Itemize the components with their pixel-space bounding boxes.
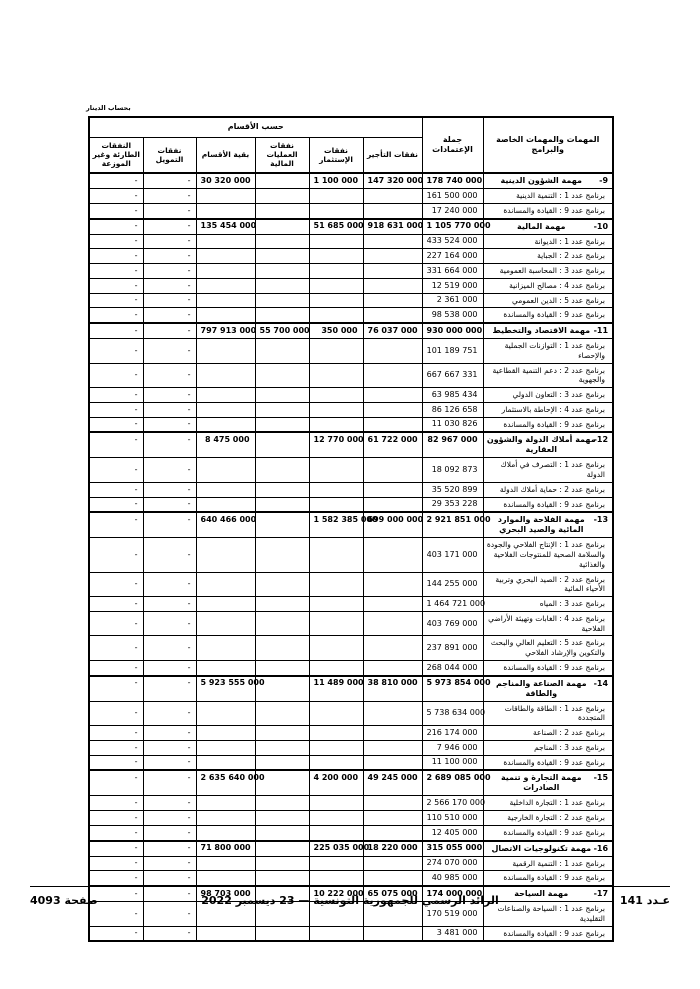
financing-cell: - <box>143 871 196 886</box>
empty-other-sections-cell <box>196 660 255 675</box>
contingency-cell: - <box>89 417 143 432</box>
empty-financial-operations-cell <box>255 755 309 770</box>
mission-block: -14مهمة الصناعة والمناجم والطاقة5 973 85… <box>89 676 613 771</box>
program-label: برنامج عدد 2 : الصناعة <box>483 726 613 741</box>
total-credits-cell: 1 105 770 000 <box>422 219 483 235</box>
empty-investment-cell <box>309 660 363 675</box>
contingency-cell: - <box>89 660 143 675</box>
sections-group-header: حسب الأقسام <box>89 117 422 137</box>
empty-investment-cell <box>309 796 363 811</box>
contingency-cell: - <box>89 926 143 941</box>
program-total-cell: 18 092 873 <box>422 458 483 483</box>
investment-cell: 51 685 000 <box>309 219 363 235</box>
mission-number: -15 <box>594 773 608 783</box>
program-row: برنامج عدد 3 : المياه1 464 721 000-- <box>89 597 613 612</box>
program-total-cell: 144 255 000 <box>422 572 483 597</box>
empty-investment-cell <box>309 597 363 612</box>
contingency-cell: - <box>89 432 143 458</box>
program-total-cell: 227 164 000 <box>422 249 483 264</box>
empty-financial-operations-cell <box>255 811 309 826</box>
investment-cell: 225 035 000 <box>309 841 363 857</box>
program-label: برنامج عدد 2 : التجارة الخارجية <box>483 811 613 826</box>
program-row: برنامج عدد 4 : الغابات وتهيئة الأراضي ال… <box>89 611 613 636</box>
financial-operations-cell <box>255 432 309 458</box>
empty-financial-operations-cell <box>255 796 309 811</box>
investment-column-header: نفقات الإستثمار <box>309 137 363 173</box>
contingency-cell: - <box>89 825 143 840</box>
program-row: برنامج عدد 4 : مصالح الميزانية12 519 000… <box>89 278 613 293</box>
empty-financial-operations-cell <box>255 417 309 432</box>
program-label: برنامج عدد 2 : حماية أملاك الدولة <box>483 482 613 497</box>
mission-name-cell: -13مهمة الفلاحة والموارد المائية والصيد … <box>483 512 613 538</box>
financing-cell: - <box>143 597 196 612</box>
page-number: صفحة 4093 <box>30 894 160 907</box>
program-total-cell: 17 240 000 <box>422 203 483 218</box>
empty-wages-cell <box>363 611 422 636</box>
other-sections-cell: 2 635 640 000 <box>196 770 255 796</box>
empty-wages-cell <box>363 497 422 512</box>
empty-investment-cell <box>309 293 363 308</box>
investment-cell: 4 200 000 <box>309 770 363 796</box>
empty-other-sections-cell <box>196 203 255 218</box>
empty-financial-operations-cell <box>255 538 309 572</box>
financing-cell: - <box>143 572 196 597</box>
financing-cell: - <box>143 323 196 339</box>
financing-cell: - <box>143 512 196 538</box>
financing-cell: - <box>143 173 196 189</box>
program-row: برنامج عدد 9 : القيادة والمساندة268 044 … <box>89 660 613 675</box>
contingency-cell: - <box>89 363 143 388</box>
financing-cell: - <box>143 458 196 483</box>
empty-other-sections-cell <box>196 926 255 941</box>
empty-wages-cell <box>363 811 422 826</box>
other-sections-cell: 71 800 000 <box>196 841 255 857</box>
program-label: برنامج عدد 9 : القيادة والمساندة <box>483 825 613 840</box>
program-row: برنامج عدد 3 : المحاسبة العمومية331 664 … <box>89 264 613 279</box>
empty-investment-cell <box>309 811 363 826</box>
program-row: برنامج عدد 2 : التجارة الخارجية110 510 0… <box>89 811 613 826</box>
program-total-cell: 11 030 826 <box>422 417 483 432</box>
empty-other-sections-cell <box>196 234 255 249</box>
financing-cell: - <box>143 811 196 826</box>
program-row: برنامج عدد 9 : القيادة والمساندة11 030 8… <box>89 417 613 432</box>
empty-investment-cell <box>309 572 363 597</box>
program-total-cell: 29 353 228 <box>422 497 483 512</box>
contingency-cell: - <box>89 636 143 661</box>
page-footer: عـدد 141 الرائد الرسمي للجمهورية التونسي… <box>30 886 670 907</box>
contingency-cell: - <box>89 249 143 264</box>
mission-name: مهمة أملاك الدولة والشؤون العقارية <box>487 435 597 455</box>
mission-block: -10مهمة المالية1 105 770 000918 631 0005… <box>89 219 613 324</box>
empty-other-sections-cell <box>196 538 255 572</box>
mission-number: -9 <box>599 176 608 186</box>
program-row: برنامج عدد 2 : الصيد البحري وتربية الأحي… <box>89 572 613 597</box>
financing-cell: - <box>143 497 196 512</box>
financing-cell: - <box>143 538 196 572</box>
program-row: برنامج عدد 2 : دعم التنمية القطاعية والج… <box>89 363 613 388</box>
program-label: برنامج عدد 2 : الصيد البحري وتربية الأحي… <box>483 572 613 597</box>
empty-investment-cell <box>309 538 363 572</box>
financing-cell: - <box>143 203 196 218</box>
program-label: برنامج عدد 4 : الغابات وتهيئة الأراضي ال… <box>483 611 613 636</box>
contingency-cell: - <box>89 323 143 339</box>
empty-wages-cell <box>363 597 422 612</box>
program-total-cell: 667 667 331 <box>422 363 483 388</box>
program-label: برنامج عدد 5 : الدين العمومي <box>483 293 613 308</box>
contingency-cell: - <box>89 538 143 572</box>
empty-investment-cell <box>309 388 363 403</box>
empty-financial-operations-cell <box>255 871 309 886</box>
empty-investment-cell <box>309 234 363 249</box>
empty-other-sections-cell <box>196 264 255 279</box>
mission-block: -11مهمة الاقتصاد والتخطيط930 000 00076 0… <box>89 323 613 432</box>
mission-number: -11 <box>594 326 608 336</box>
financial-operations-cell <box>255 512 309 538</box>
program-row: برنامج عدد 1 : الإنتاج الفلاحي والجودة و… <box>89 538 613 572</box>
program-row: برنامج عدد 9 : القيادة والمساندة98 538 0… <box>89 308 613 323</box>
empty-other-sections-cell <box>196 740 255 755</box>
program-row: برنامج عدد 3 : التعاون الدولي63 985 434-… <box>89 388 613 403</box>
empty-wages-cell <box>363 189 422 204</box>
contingency-cell: - <box>89 770 143 796</box>
financing-cell: - <box>143 726 196 741</box>
wages-cell: 18 220 000 <box>363 841 422 857</box>
contingency-cell: - <box>89 740 143 755</box>
investment-cell: 1 582 385 000 <box>309 512 363 538</box>
empty-wages-cell <box>363 402 422 417</box>
journal-title: الرائد الرسمي للجمهورية التونسية — 23 دي… <box>160 894 540 907</box>
empty-financial-operations-cell <box>255 926 309 941</box>
program-total-cell: 3 481 000 <box>422 926 483 941</box>
empty-investment-cell <box>309 417 363 432</box>
empty-other-sections-cell <box>196 755 255 770</box>
financing-cell: - <box>143 219 196 235</box>
empty-investment-cell <box>309 249 363 264</box>
empty-other-sections-cell <box>196 308 255 323</box>
mission-row: -16مهمة تكنولوجيات الاتصال315 055 00018 … <box>89 841 613 857</box>
financing-cell: - <box>143 339 196 364</box>
program-row: برنامج عدد 2 : الجباية227 164 000-- <box>89 249 613 264</box>
mission-row: -9مهمة الشؤون الدينية178 740 000147 320 … <box>89 173 613 189</box>
empty-financial-operations-cell <box>255 701 309 726</box>
total-credits-cell: 82 967 000 <box>422 432 483 458</box>
empty-financial-operations-cell <box>255 726 309 741</box>
financing-cell: - <box>143 432 196 458</box>
program-label: برنامج عدد 9 : القيادة والمساندة <box>483 755 613 770</box>
mission-name: مهمة الشؤون الدينية <box>487 176 597 186</box>
program-row: برنامج عدد 9 : القيادة والمساندة17 240 0… <box>89 203 613 218</box>
program-total-cell: 2 566 170 000 <box>422 796 483 811</box>
program-row: برنامج عدد 5 : التعليم العالي والبحث وال… <box>89 636 613 661</box>
investment-cell: 350 000 <box>309 323 363 339</box>
contingency-cell: - <box>89 339 143 364</box>
empty-other-sections-cell <box>196 597 255 612</box>
empty-investment-cell <box>309 482 363 497</box>
empty-wages-cell <box>363 701 422 726</box>
financing-cell: - <box>143 249 196 264</box>
table-header: المهمات والمهمات الخاصة والبرامج جملة ال… <box>89 117 613 173</box>
investment-cell: 1 100 000 <box>309 173 363 189</box>
financing-cell: - <box>143 417 196 432</box>
contingency-cell: - <box>89 402 143 417</box>
empty-financial-operations-cell <box>255 740 309 755</box>
financing-cell: - <box>143 755 196 770</box>
mission-row: -15مهمة التجارة و تنمية الصادرات2 689 08… <box>89 770 613 796</box>
mission-name-cell: -15مهمة التجارة و تنمية الصادرات <box>483 770 613 796</box>
empty-other-sections-cell <box>196 497 255 512</box>
empty-other-sections-cell <box>196 482 255 497</box>
program-row: برنامج عدد 4 : الإحاطة بالاستثمار86 126 … <box>89 402 613 417</box>
other-sections-cell: 8 475 000 <box>196 432 255 458</box>
program-total-cell: 11 100 000 <box>422 755 483 770</box>
mission-name: مهمة الصناعة والمناجم والطاقة <box>487 679 597 699</box>
contingency-cell: - <box>89 512 143 538</box>
empty-wages-cell <box>363 856 422 871</box>
empty-investment-cell <box>309 402 363 417</box>
contingency-cell: - <box>89 293 143 308</box>
empty-other-sections-cell <box>196 701 255 726</box>
empty-financial-operations-cell <box>255 482 309 497</box>
program-label: برنامج عدد 1 : التنمية الدينية <box>483 189 613 204</box>
financing-cell: - <box>143 796 196 811</box>
contingency-cell: - <box>89 173 143 189</box>
empty-wages-cell <box>363 926 422 941</box>
program-total-cell: 1 464 721 000 <box>422 597 483 612</box>
financial-operations-cell: 55 700 000 <box>255 323 309 339</box>
empty-wages-cell <box>363 740 422 755</box>
empty-financial-operations-cell <box>255 203 309 218</box>
empty-investment-cell <box>309 926 363 941</box>
contingency-cell: - <box>89 611 143 636</box>
financing-cell: - <box>143 363 196 388</box>
other-sections-cell: 5 923 555 000 <box>196 676 255 702</box>
empty-investment-cell <box>309 264 363 279</box>
empty-wages-cell <box>363 572 422 597</box>
empty-wages-cell <box>363 796 422 811</box>
empty-investment-cell <box>309 740 363 755</box>
empty-wages-cell <box>363 278 422 293</box>
program-total-cell: 331 664 000 <box>422 264 483 279</box>
program-label: برنامج عدد 9 : القيادة والمساندة <box>483 871 613 886</box>
program-label: برنامج عدد 9 : القيادة والمساندة <box>483 926 613 941</box>
contingency-cell: - <box>89 189 143 204</box>
contingency-cell: - <box>89 755 143 770</box>
empty-financial-operations-cell <box>255 611 309 636</box>
contingency-cell: - <box>89 572 143 597</box>
empty-financial-operations-cell <box>255 308 309 323</box>
program-label: برنامج عدد 1 : التوازنات الجملية والإحصا… <box>483 339 613 364</box>
contingency-cell: - <box>89 458 143 483</box>
program-row: برنامج عدد 9 : القيادة والمساندة29 353 2… <box>89 497 613 512</box>
contingency-column-header: النفقات الطارئة وغير الموزعة <box>89 137 143 173</box>
contingency-cell: - <box>89 482 143 497</box>
empty-investment-cell <box>309 825 363 840</box>
financial-operations-cell <box>255 173 309 189</box>
program-label: برنامج عدد 9 : القيادة والمساندة <box>483 203 613 218</box>
contingency-cell: - <box>89 308 143 323</box>
program-total-cell: 12 405 000 <box>422 825 483 840</box>
wages-column-header: نفقات التأجير <box>363 137 422 173</box>
mission-block: -13مهمة الفلاحة والموارد المائية والصيد … <box>89 512 613 675</box>
financing-cell: - <box>143 308 196 323</box>
empty-wages-cell <box>363 458 422 483</box>
empty-other-sections-cell <box>196 636 255 661</box>
investment-cell: 11 489 000 <box>309 676 363 702</box>
empty-investment-cell <box>309 203 363 218</box>
financing-cell: - <box>143 482 196 497</box>
financing-cell: - <box>143 856 196 871</box>
empty-investment-cell <box>309 278 363 293</box>
empty-investment-cell <box>309 458 363 483</box>
financing-cell: - <box>143 660 196 675</box>
empty-other-sections-cell <box>196 856 255 871</box>
program-label: برنامج عدد 3 : المحاسبة العمومية <box>483 264 613 279</box>
empty-investment-cell <box>309 497 363 512</box>
program-label: برنامج عدد 1 : الطاقة والطاقات المتجددة <box>483 701 613 726</box>
empty-financial-operations-cell <box>255 264 309 279</box>
wages-cell: 147 320 000 <box>363 173 422 189</box>
financing-cell: - <box>143 770 196 796</box>
financing-cell: - <box>143 636 196 661</box>
empty-investment-cell <box>309 856 363 871</box>
program-total-cell: 12 519 000 <box>422 278 483 293</box>
empty-financial-operations-cell <box>255 597 309 612</box>
mission-number: -14 <box>594 679 608 689</box>
contingency-cell: - <box>89 497 143 512</box>
financing-cell: - <box>143 388 196 403</box>
empty-wages-cell <box>363 308 422 323</box>
program-label: برنامج عدد 1 : التصرف في أملاك الدولة <box>483 458 613 483</box>
empty-other-sections-cell <box>196 871 255 886</box>
empty-other-sections-cell <box>196 339 255 364</box>
empty-financial-operations-cell <box>255 402 309 417</box>
program-label: برنامج عدد 9 : القيادة والمساندة <box>483 497 613 512</box>
financing-column-header: نفقات التمويل <box>143 137 196 173</box>
program-total-cell: 2 361 000 <box>422 293 483 308</box>
mission-name-cell: -14مهمة الصناعة والمناجم والطاقة <box>483 676 613 702</box>
program-total-cell: 403 171 000 <box>422 538 483 572</box>
program-row: برنامج عدد 1 : الطاقة والطاقات المتجددة5… <box>89 701 613 726</box>
program-label: برنامج عدد 1 : التجارة الداخلية <box>483 796 613 811</box>
program-label: برنامج عدد 4 : الإحاطة بالاستثمار <box>483 402 613 417</box>
program-label: برنامج عدد 5 : التعليم العالي والبحث وال… <box>483 636 613 661</box>
mission-name: مهمة الفلاحة والموارد المائية والصيد الب… <box>487 515 597 535</box>
financial-operations-column-header: نفقات العمليات المالية <box>255 137 309 173</box>
empty-wages-cell <box>363 363 422 388</box>
empty-other-sections-cell <box>196 417 255 432</box>
empty-other-sections-cell <box>196 572 255 597</box>
mission-row: -12مهمة أملاك الدولة والشؤون العقارية82 … <box>89 432 613 458</box>
program-label: برنامج عدد 2 : الجباية <box>483 249 613 264</box>
other-sections-cell: 30 320 000 <box>196 173 255 189</box>
financing-cell: - <box>143 740 196 755</box>
program-total-cell: 86 126 658 <box>422 402 483 417</box>
empty-other-sections-cell <box>196 796 255 811</box>
mission-block: -12مهمة أملاك الدولة والشؤون العقارية82 … <box>89 432 613 512</box>
empty-financial-operations-cell <box>255 339 309 364</box>
empty-wages-cell <box>363 538 422 572</box>
empty-investment-cell <box>309 189 363 204</box>
mission-name: مهمة التجارة و تنمية الصادرات <box>487 773 597 793</box>
empty-wages-cell <box>363 203 422 218</box>
total-credits-cell: 2 689 085 000 <box>422 770 483 796</box>
total-credits-cell: 2 921 851 000 <box>422 512 483 538</box>
contingency-cell: - <box>89 597 143 612</box>
financing-cell: - <box>143 611 196 636</box>
mission-name-cell: -11مهمة الاقتصاد والتخطيط <box>483 323 613 339</box>
empty-other-sections-cell <box>196 189 255 204</box>
contingency-cell: - <box>89 676 143 702</box>
empty-other-sections-cell <box>196 249 255 264</box>
program-total-cell: 35 520 899 <box>422 482 483 497</box>
empty-other-sections-cell <box>196 811 255 826</box>
program-label: برنامج عدد 9 : القيادة والمساندة <box>483 417 613 432</box>
empty-other-sections-cell <box>196 388 255 403</box>
empty-other-sections-cell <box>196 825 255 840</box>
contingency-cell: - <box>89 388 143 403</box>
currency-note: بحساب الدينار <box>86 104 131 112</box>
mission-row: -11مهمة الاقتصاد والتخطيط930 000 00076 0… <box>89 323 613 339</box>
wages-cell: 61 722 000 <box>363 432 422 458</box>
financing-cell: - <box>143 825 196 840</box>
total-credits-cell: 315 055 000 <box>422 841 483 857</box>
program-row: برنامج عدد 1 : التنمية الدينية161 500 00… <box>89 189 613 204</box>
empty-financial-operations-cell <box>255 497 309 512</box>
program-total-cell: 110 510 000 <box>422 811 483 826</box>
mission-number: -13 <box>594 515 608 525</box>
wages-cell: 38 810 000 <box>363 676 422 702</box>
other-sections-cell: 797 913 000 <box>196 323 255 339</box>
program-total-cell: 216 174 000 <box>422 726 483 741</box>
program-row: برنامج عدد 2 : حماية أملاك الدولة35 520 … <box>89 482 613 497</box>
empty-other-sections-cell <box>196 611 255 636</box>
empty-wages-cell <box>363 417 422 432</box>
contingency-cell: - <box>89 871 143 886</box>
total-credits-cell: 178 740 000 <box>422 173 483 189</box>
program-total-cell: 101 189 751 <box>422 339 483 364</box>
empty-wages-cell <box>363 264 422 279</box>
mission-number: -12 <box>594 435 608 445</box>
mission-name-cell: -16مهمة تكنولوجيات الاتصال <box>483 841 613 857</box>
empty-wages-cell <box>363 755 422 770</box>
program-total-cell: 7 946 000 <box>422 740 483 755</box>
empty-investment-cell <box>309 636 363 661</box>
program-label: برنامج عدد 2 : دعم التنمية القطاعية والج… <box>483 363 613 388</box>
wages-cell: 76 037 000 <box>363 323 422 339</box>
budget-table: المهمات والمهمات الخاصة والبرامج جملة ال… <box>88 116 614 942</box>
empty-investment-cell <box>309 308 363 323</box>
gazette-page: بحساب الدينار المهمات والمهمات الخاصة وا… <box>0 0 700 989</box>
financing-cell: - <box>143 701 196 726</box>
contingency-cell: - <box>89 219 143 235</box>
program-total-cell: 403 769 000 <box>422 611 483 636</box>
financing-cell: - <box>143 926 196 941</box>
financial-operations-cell <box>255 219 309 235</box>
program-total-cell: 268 044 000 <box>422 660 483 675</box>
program-label: برنامج عدد 9 : القيادة والمساندة <box>483 308 613 323</box>
other-sections-column-header: بقية الأقسام <box>196 137 255 173</box>
empty-investment-cell <box>309 726 363 741</box>
contingency-cell: - <box>89 264 143 279</box>
financing-cell: - <box>143 278 196 293</box>
mission-name-cell: -10مهمة المالية <box>483 219 613 235</box>
wages-cell: 918 631 000 <box>363 219 422 235</box>
empty-other-sections-cell <box>196 363 255 388</box>
mission-row: -14مهمة الصناعة والمناجم والطاقة5 973 85… <box>89 676 613 702</box>
program-row: برنامج عدد 9 : القيادة والمساندة11 100 0… <box>89 755 613 770</box>
program-total-cell: 63 985 434 <box>422 388 483 403</box>
empty-investment-cell <box>309 363 363 388</box>
